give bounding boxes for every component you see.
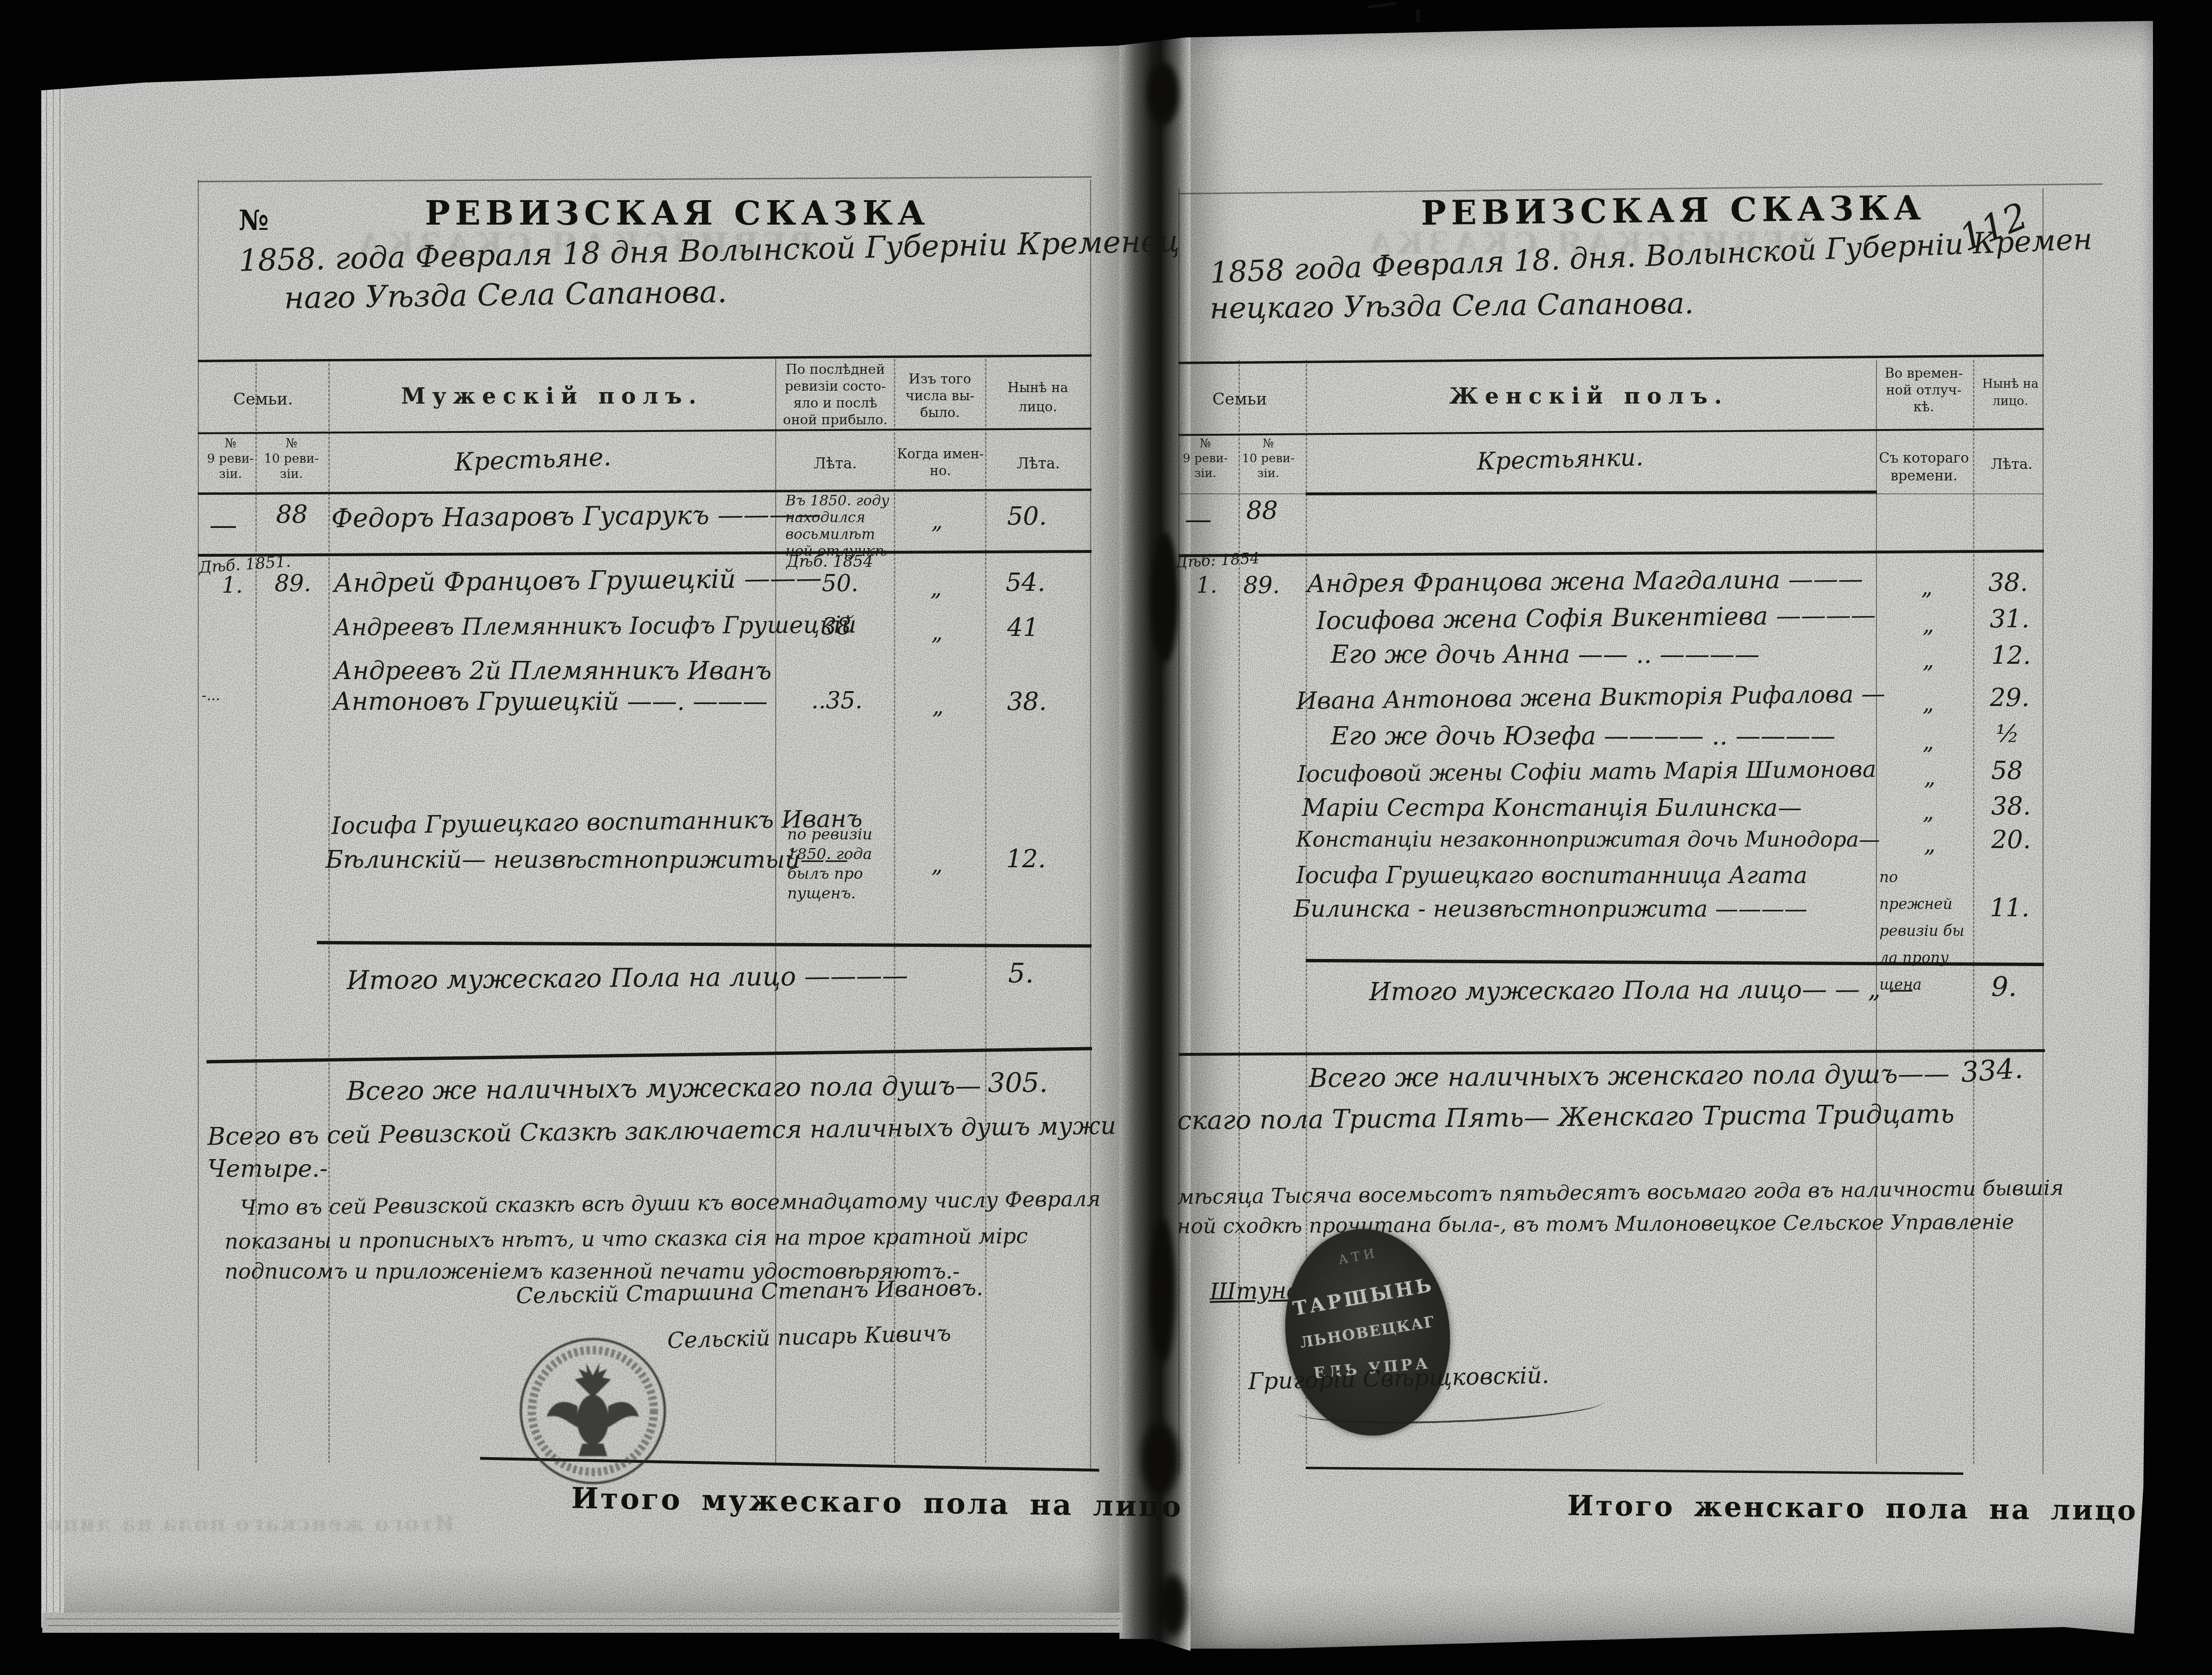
right-signature: Григорій Свѣрщковскій. [1248,1362,1549,1395]
right-col-rev10: № 10 реви- зіи. [1235,436,1302,480]
row-rev10: 89. [1243,572,1280,599]
right-col-family: Семьи [1181,390,1298,409]
row-name: Іосифа Грушецкаго воспитанница Агата [1296,862,1807,889]
row-when: „ [1924,764,1935,790]
row-when: „ [1923,729,1934,754]
right-col-rev9: № 9 реви- зіи. [1179,436,1232,480]
right-date-line2: нецкаго Уѣзда Села Сапанова. [1210,287,1694,326]
right-sum-line2: скаго пола Триста Пять— Женскаго Триста … [1177,1099,1955,1136]
row-name: Его же дочь Анна —— .. ———— [1331,640,1759,669]
row-name: Іосифова жена Софія Викентіева ———— [1316,601,1876,635]
right-cert-line2: ной сходкѣ прочитана была-, въ томъ Мило… [1177,1210,2014,1238]
right-bottom-rule [1306,1467,1963,1475]
row-age: 31. [1990,605,2030,634]
row-age: 12. [1991,641,2031,670]
right-sum-value: 334. [1960,1052,2024,1089]
row-when: „ [1923,647,1934,673]
right-sum-line1: Всего же наличныхъ женскаго пола душъ—— [1309,1058,1950,1093]
row-age: 58 [1991,756,2023,785]
row-when: „ [1923,690,1934,716]
right-footer-caption: Итого женскаго пола на лицо [1567,1489,2138,1527]
row-name: Его же дочь Юзефа ———— .. ———— [1331,722,1835,751]
row-name: Іосифовой жены Софіи мать Марія Шимонова [1297,756,1876,788]
row-rev10: 88 [1246,496,1278,525]
right-col-gender: Женскій полъ. [1358,383,1819,409]
right-col-since: Съ котораго времени. [1871,449,1977,485]
row-when: „ [1924,831,1935,857]
row-age: 38. [1991,792,2031,821]
row-age: 20. [1991,826,2031,854]
row-name: Андрея Францова жена Магдалина ——— [1307,565,1863,598]
right-col-age: Лѣта. [1977,456,2046,473]
row-name: Маріи Сестра Констанція Билинска— [1302,794,1802,822]
right-col-estate: Крестьянки. [1411,442,1709,477]
scanned-revision-list: № РЕВИЗСКАЯ СКАЗКА РЕВИЗСКАЯ СКАЗКА 1858… [0,0,2212,1675]
right-col-away: Во времен- ной отлуч- кѣ. [1872,365,1975,415]
row-when: „ [1923,611,1934,637]
row-when: „ [1923,799,1934,825]
row-age: 38. [1988,568,2028,597]
row-name: Ивана Антонова жена Викторія Рифалова — [1296,680,1886,715]
row-age: 29. [1990,683,2030,712]
right-total-label: Итого мужескаго Пола на лицо— — „ — [1369,975,1914,1006]
row-rev9: Дѣб: 1854 [1175,549,1260,571]
row-when: „ [1921,574,1933,600]
row-age: 11. [1990,894,2030,922]
row-age: ½ [1996,720,2019,748]
right-col-present: Нынѣ на лицо. [1972,375,2049,410]
right-page: РЕВИЗСКАЯ СКАЗКА РЕВИЗСКАЯ СКАЗКА 112 18… [0,0,2212,1675]
stamp-line: АТИ [1276,1234,1440,1280]
right-total-value: 9. [1991,971,2017,1003]
row-rev9: — [1185,504,1212,535]
right-cert-line1: мѣсяца Тысяча восемьсотъ пятьдесятъ вось… [1177,1176,2064,1209]
row-name2: Билинска - неизвѣстноприжита ———— [1294,896,1807,922]
scan-border-left [0,0,41,1675]
row-rev9b: 1. [1196,572,1217,598]
row-name: Констанціи незаконноприжитая дочь Минодо… [1296,827,1880,852]
